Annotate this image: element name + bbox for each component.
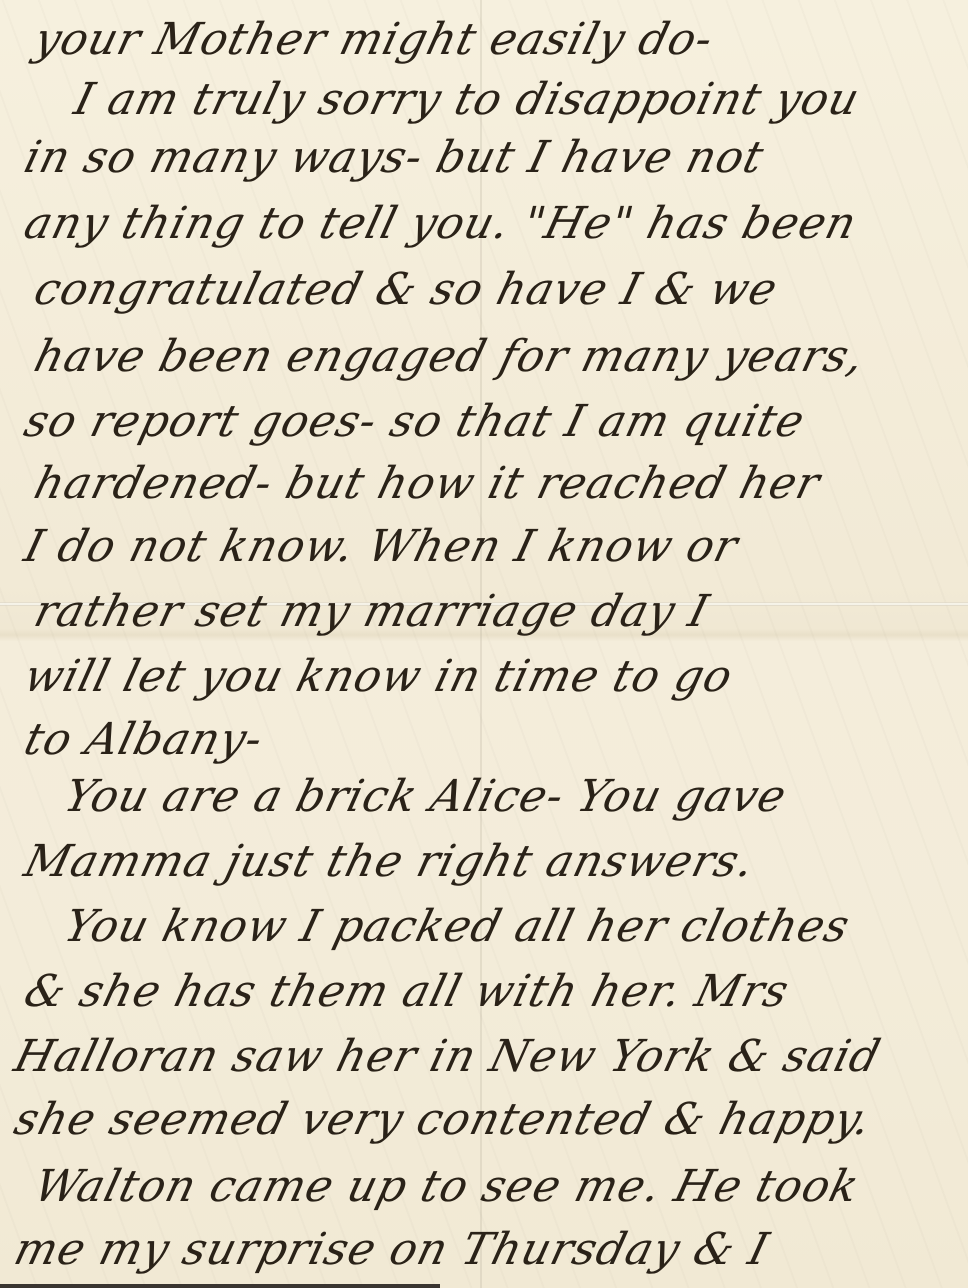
letter-line-2: I am truly sorry to disappoint you: [10, 78, 864, 122]
letter-line-8: hardened- but how it reached her: [30, 462, 824, 506]
scan-bottom-edge: [0, 1284, 440, 1288]
letter-line-9: I do not know. When I know or: [20, 525, 742, 569]
letter-line-14: Mamma just the right answers.: [20, 840, 759, 884]
letter-line-12: to Albany-: [20, 718, 267, 762]
letter-line-11: will let you know in time to go: [20, 655, 737, 699]
letter-line-4: any thing to tell you. "He" has been: [20, 202, 861, 246]
letter-line-17: Halloran saw her in New York & said: [10, 1035, 885, 1079]
letter-page: your Mother might easily do- I am truly …: [0, 0, 968, 1288]
letter-line-18: she seemed very contented & happy.: [10, 1098, 876, 1142]
letter-line-6: have been engaged for many years,: [30, 335, 869, 379]
letter-line-20: me my surprise on Thursday & I: [10, 1228, 773, 1272]
letter-line-5: congratulated & so have I & we: [30, 268, 782, 312]
letter-line-1: your Mother might easily do-: [30, 18, 718, 62]
letter-line-15: You know I packed all her clothes: [0, 905, 854, 949]
letter-line-19: Walton came up to see me. He took: [30, 1165, 864, 1209]
letter-line-16: & she has them all with her. Mrs: [20, 970, 793, 1014]
letter-line-13: You are a brick Alice- You gave: [0, 775, 791, 819]
letter-line-10: rather set my marriage day I: [30, 590, 713, 634]
letter-line-3: in so many ways- but I have not: [20, 136, 768, 180]
letter-line-7: so report goes- so that I am quite: [20, 400, 809, 444]
